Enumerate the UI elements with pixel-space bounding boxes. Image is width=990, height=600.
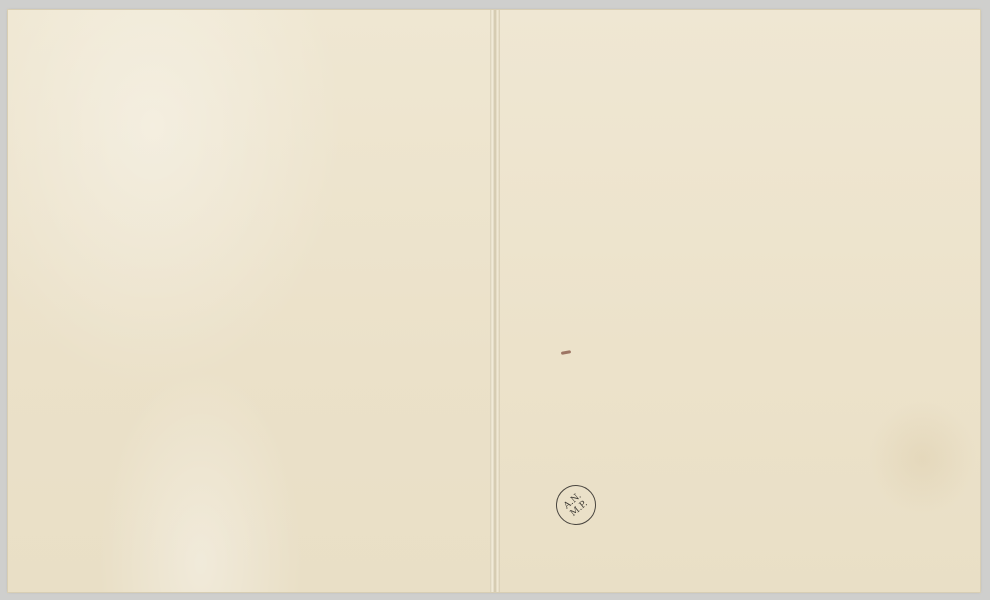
card-left-panel [8, 10, 490, 592]
folded-card [8, 10, 980, 592]
card-fold-crease [490, 10, 500, 592]
